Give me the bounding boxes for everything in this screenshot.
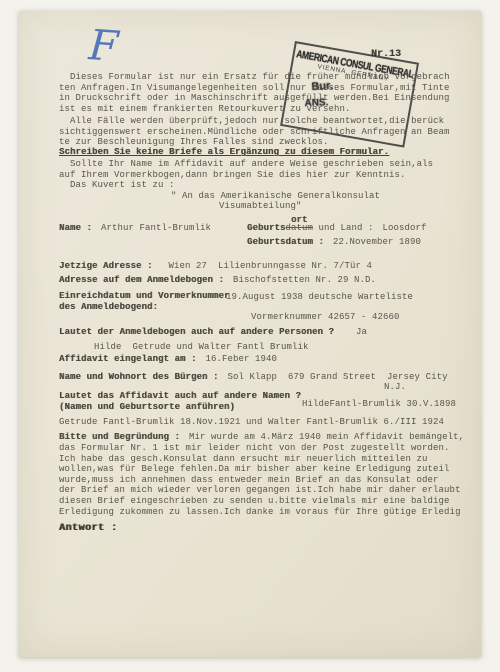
birthdate-label: Geburtsdatum :: [247, 237, 324, 247]
sponsor-value-state: N.J.: [384, 382, 406, 393]
sponsor-value: Sol Klapp 679 Grand Street Jersey City: [228, 372, 448, 382]
birthplace-correction: ort: [291, 215, 308, 226]
handwritten-letter-f: F: [87, 20, 120, 71]
registration-address-field: Adresse auf dem Anmeldebogen :Bischofste…: [59, 275, 376, 286]
paper-sheet: F Nr.13 AMERICAN CONSUL GENERAL VIENNA, …: [19, 11, 481, 657]
affidavit-received-label: Affidavit eingelangt am :: [59, 354, 197, 364]
no-letters-warning: Schreiben Sie keine Briefe als Ergänzung…: [59, 147, 389, 158]
registration-address-label: Adresse auf dem Anmeldebogen :: [59, 275, 224, 285]
filing-value-line-2: Vormerknummer 42657 - 42660: [251, 312, 400, 323]
birthdate-field: Geburtsdatum :22.November 1890: [247, 237, 421, 248]
current-address-value: Wien 27 Lilienbrunngasse Nr. 7/Tür 4: [169, 261, 373, 271]
birthplace-label-prefix: Geburts: [247, 223, 286, 233]
registration-address-value: Bischofstetten Nr. 29 N.D.: [233, 275, 376, 285]
name-field: Name :Arthur Fantl-Brumlik: [59, 223, 211, 234]
request-body: das Formular Nr. 1 ist mir leider nicht …: [59, 443, 474, 517]
birthplace-field: Geburtsdatumort und Land :Loosdorf: [247, 223, 427, 234]
affidavit-received-field: Affidavit eingelangt am :16.Feber 1940: [59, 354, 277, 365]
current-address-field: Jetzige Adresse :Wien 27 Lilienbrunngass…: [59, 261, 372, 272]
filing-value-line-1: 19.August 1938 deutsche Warteliste: [226, 292, 413, 303]
other-names-value-1: HildeFantl-Brumlik 30.V.1898: [302, 399, 456, 410]
request-field: Bitte und Begründung :Mir wurde am 4.Mär…: [59, 432, 471, 443]
birthplace-label-rest: und Land :: [313, 223, 374, 233]
affidavit-received-value: 16.Feber 1940: [206, 354, 278, 364]
intro-paragraph-2: Alle Fälle werden überprüft,jedoch nur s…: [59, 116, 471, 148]
filing-label: Einreichdatum und Vormerknummer des Anme…: [59, 291, 249, 312]
other-persons-label: Lautet der Anmeldebogen auch auf andere …: [59, 327, 334, 337]
request-first-line: Mir wurde am 4.März 1940 mein Affidavit …: [189, 432, 464, 442]
sponsor-label: Name und Wohnort des Bürgen :: [59, 372, 219, 382]
other-names-label: Lautet das Affidavit auch auf andere Nam…: [59, 391, 309, 412]
other-names-value-2: Getrude Fantl-Brumlik 18.Nov.1921 und Wa…: [59, 417, 444, 428]
name-label: Name :: [59, 223, 92, 233]
other-persons-value: Ja: [356, 327, 367, 337]
birthdate-value: 22.November 1890: [333, 237, 421, 247]
request-label: Bitte und Begründung :: [59, 432, 180, 442]
other-persons-field: Lautet der Anmeldebogen auch auf andere …: [59, 327, 367, 338]
envelope-address-line-1: " An das Amerikanische Generalkonsulat: [171, 191, 380, 202]
other-persons-names: Hilde Getrude und Walter Fantl Brumlik: [94, 342, 309, 353]
name-value: Arthur Fantl-Brumlik: [101, 223, 211, 233]
envelope-address-line-2: Visumabteilung": [219, 201, 302, 212]
sponsor-field: Name und Wohnort des Bürgen :Sol Klapp 6…: [59, 372, 448, 383]
answer-label: Antwort :: [59, 524, 118, 535]
intro-paragraph-3: Sollte Ihr Name im Affidavit auf andere …: [59, 159, 471, 191]
intro-paragraph-1: Dieses Formular ist nur ein Ersatz für d…: [59, 72, 471, 114]
current-address-label: Jetzige Adresse :: [59, 261, 153, 271]
birthplace-value: Loosdorf: [383, 223, 427, 233]
